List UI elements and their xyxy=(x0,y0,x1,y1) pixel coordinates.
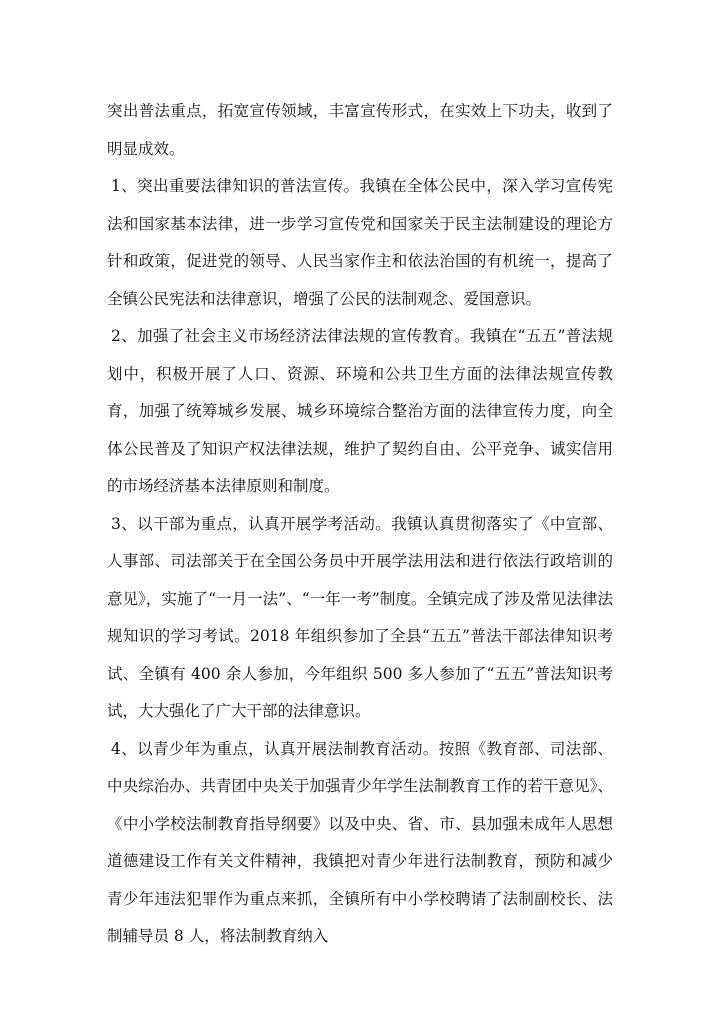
paragraph-intro-continuation: 突出普法重点，拓宽宣传领域，丰富宣传形式，在实效上下功夫，收到了明显成效。 xyxy=(107,93,613,168)
paragraph-item-3-cadre-study: 3、以干部为重点，认真开展学考活动。我镇认真贯彻落实了《中宣部、人事部、司法部关… xyxy=(107,506,613,731)
paragraph-item-4-youth-education: 4、以青少年为重点，认真开展法制教育活动。按照《教育部、司法部、中央综治办、共青… xyxy=(107,731,613,956)
paragraph-item-2-market-economy-law: 2、加强了社会主义市场经济法律法规的宣传教育。我镇在“五五”普法规划中，积极开展… xyxy=(107,318,613,506)
paragraph-item-1-legal-knowledge: 1、突出重要法律知识的普法宣传。我镇在全体公民中，深入学习宣传宪法和国家基本法律… xyxy=(107,168,613,318)
document-page: 突出普法重点，拓宽宣传领域，丰富宣传形式，在实效上下功夫，收到了明显成效。 1、… xyxy=(107,93,613,956)
